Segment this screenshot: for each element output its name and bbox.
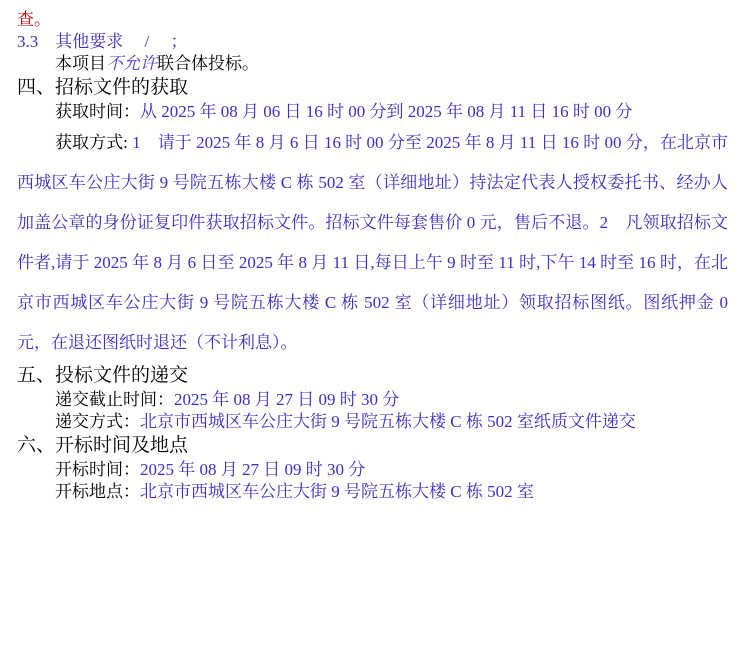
submission-deadline-line: 递交截止时间：2025 年 08 月 27 日 09 时 30 分 <box>17 389 728 411</box>
acquisition-method-label: 获取方式: <box>55 133 132 152</box>
section-heading-bid-opening: 六、开标时间及地点 <box>17 433 728 459</box>
opening-location-value: 北京市西城区车公庄大街 9 号院五栋大楼 C 栋 502 室 <box>140 482 534 501</box>
section-heading-document-acquisition: 四、招标文件的获取 <box>17 75 728 101</box>
acquisition-time-value: 从 2025 年 08 月 06 日 16 时 00 分到 2025 年 08 … <box>140 102 632 121</box>
submission-deadline-label: 递交截止时间： <box>55 390 174 409</box>
submission-deadline-value: 2025 年 08 月 27 日 09 时 30 分 <box>174 390 399 409</box>
opening-location-label: 开标地点： <box>55 482 140 501</box>
submission-method-label: 递交方式： <box>55 412 140 431</box>
section-heading-bid-submission: 五、投标文件的递交 <box>17 363 728 389</box>
opening-time-line: 开标时间：2025 年 08 月 27 日 09 时 30 分 <box>17 459 728 481</box>
submission-method-value: 北京市西城区车公庄大街 9 号院五栋大楼 C 栋 502 室纸质文件递交 <box>140 412 636 431</box>
acquisition-method-paragraph: 获取方式: 1 请于 2025 年 8 月 6 日 16 时 00 分至 202… <box>17 123 728 363</box>
no-joint-emphasis: 不允许 <box>106 54 157 73</box>
opening-time-value: 2025 年 08 月 27 日 09 时 30 分 <box>140 460 365 479</box>
clause-other-requirements: 3.3 其他要求 / ； <box>17 31 728 53</box>
no-joint-suffix: 联合体投标。 <box>157 54 259 73</box>
acquisition-method-value: 1 请于 2025 年 8 月 6 日 16 时 00 分至 2025 年 8 … <box>17 133 728 352</box>
acquisition-time-line: 获取时间：从 2025 年 08 月 06 日 16 时 00 分到 2025 … <box>17 101 728 123</box>
acquisition-time-label: 获取时间： <box>55 102 140 121</box>
opening-location-line: 开标地点：北京市西城区车公庄大街 9 号院五栋大楼 C 栋 502 室 <box>17 481 728 503</box>
submission-method-line: 递交方式：北京市西城区车公庄大街 9 号院五栋大楼 C 栋 502 室纸质文件递… <box>17 411 728 433</box>
no-joint-prefix: 本项目 <box>55 54 106 73</box>
previous-sentence-tail: 查。 <box>17 9 728 31</box>
no-joint-bidding-statement: 本项目不允许联合体投标。 <box>17 53 728 75</box>
document-page: 查。 3.3 其他要求 / ； 本项目不允许联合体投标。 四、招标文件的获取 获… <box>0 0 745 645</box>
opening-time-label: 开标时间： <box>55 460 140 479</box>
